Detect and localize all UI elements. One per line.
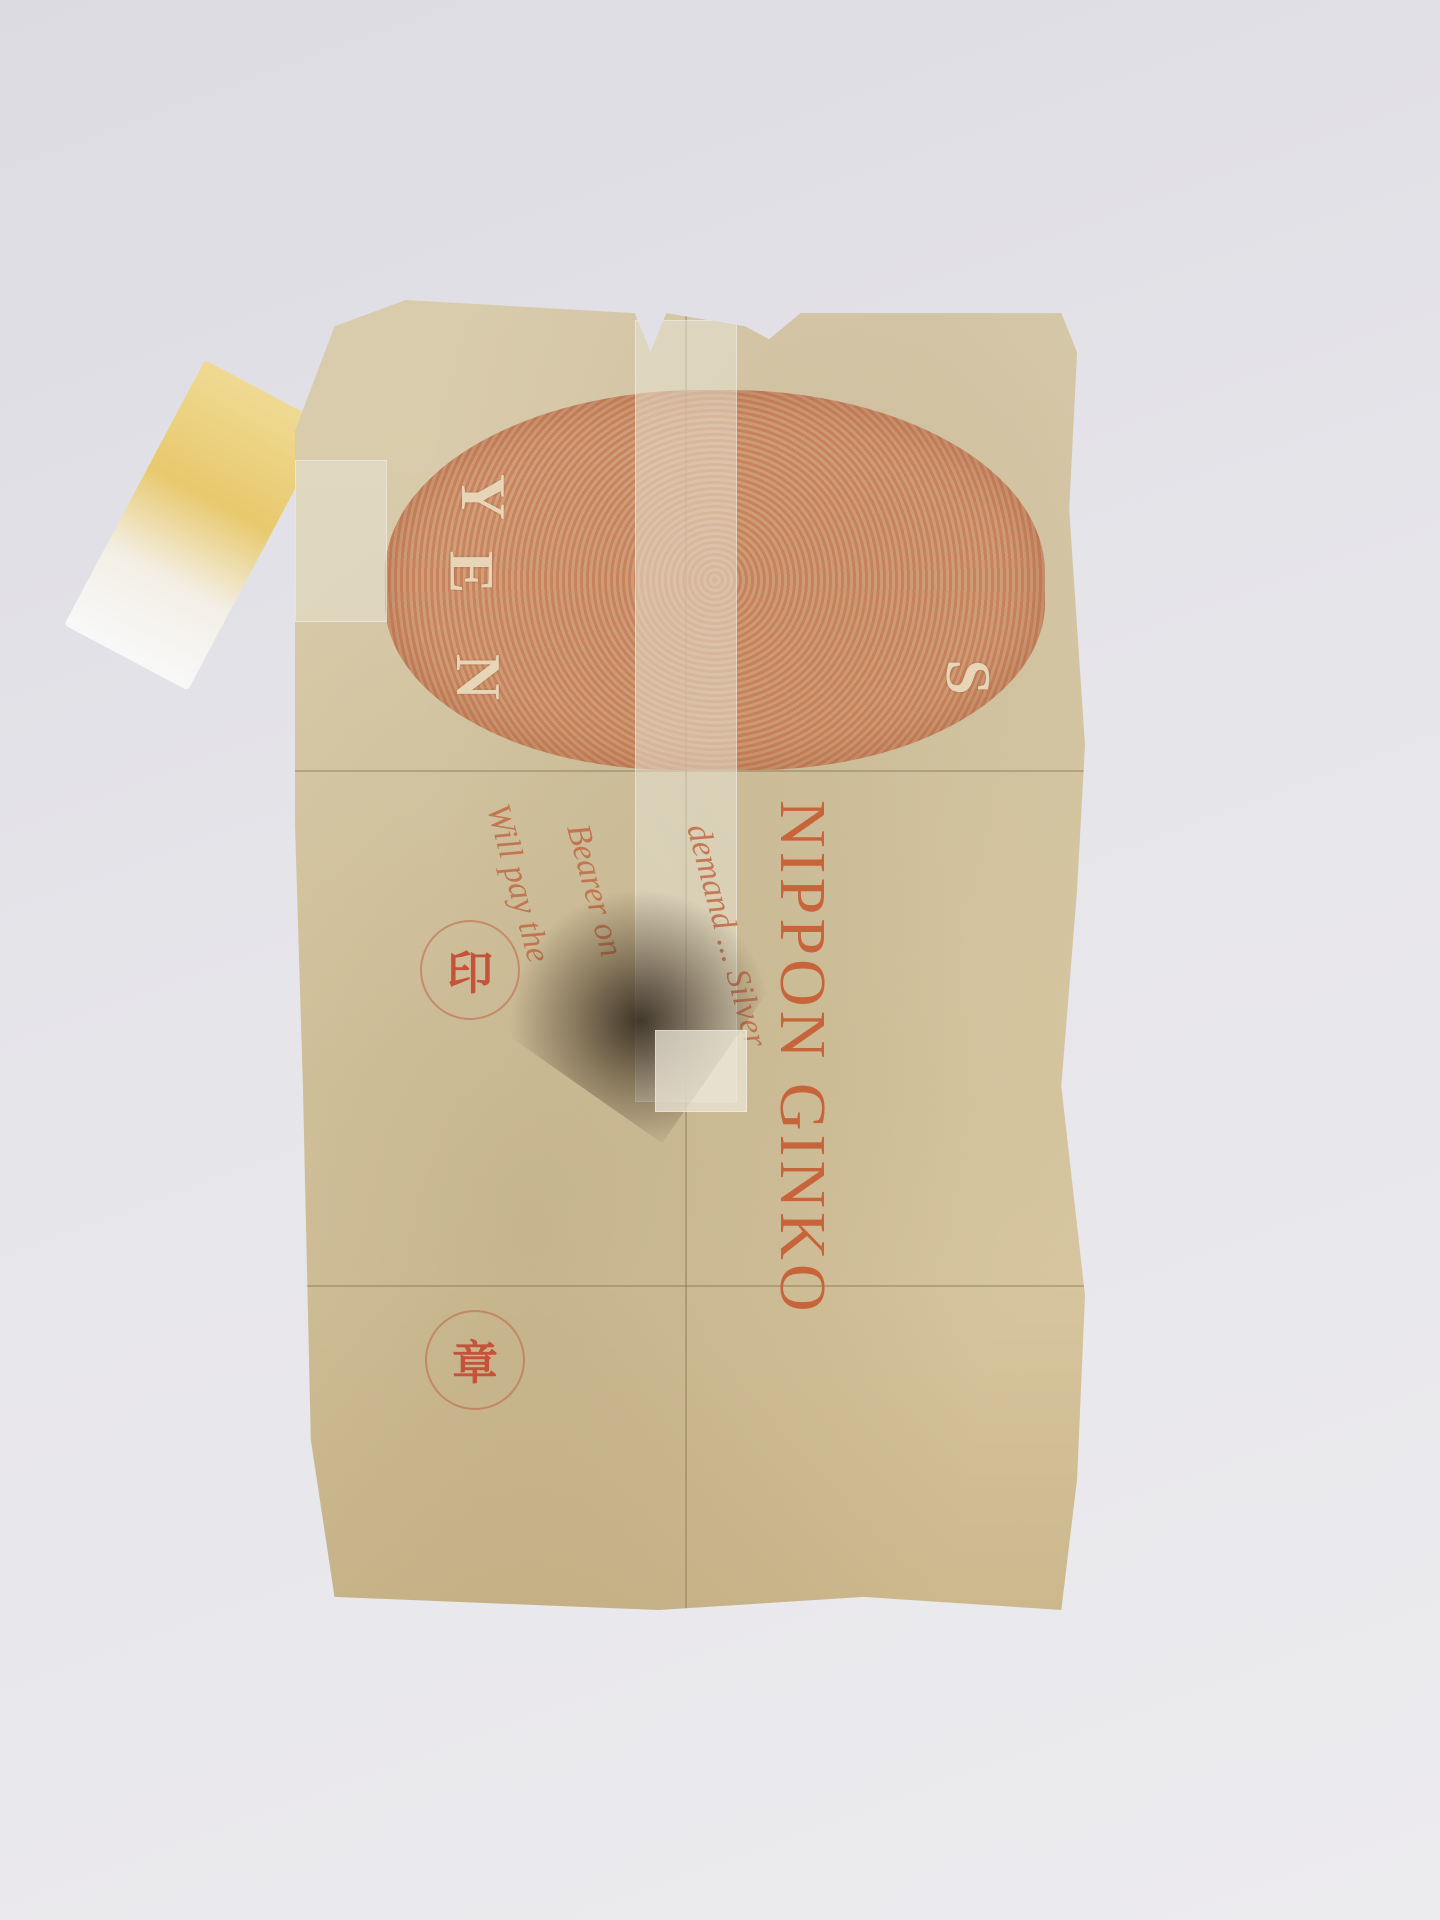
- rosette-letter: N: [441, 654, 515, 700]
- banknote: Y E N S Will pay the Bearer on demand ..…: [295, 300, 1085, 1610]
- seal-stamp-icon: 章: [425, 1310, 525, 1410]
- issuer-title: NIPPON GINKO: [760, 800, 840, 1300]
- rosette-letter: E: [434, 551, 508, 594]
- clear-tape: [655, 1030, 747, 1112]
- yellow-tape-strip: [64, 360, 328, 691]
- clear-tape: [295, 460, 387, 622]
- rosette-letter: S: [931, 659, 1005, 695]
- seal-stamp-icon: 印: [420, 920, 520, 1020]
- fold-crease: [295, 1285, 1085, 1287]
- photo-scene: Y E N S Will pay the Bearer on demand ..…: [0, 0, 1440, 1920]
- rosette-letter: Y: [446, 474, 520, 520]
